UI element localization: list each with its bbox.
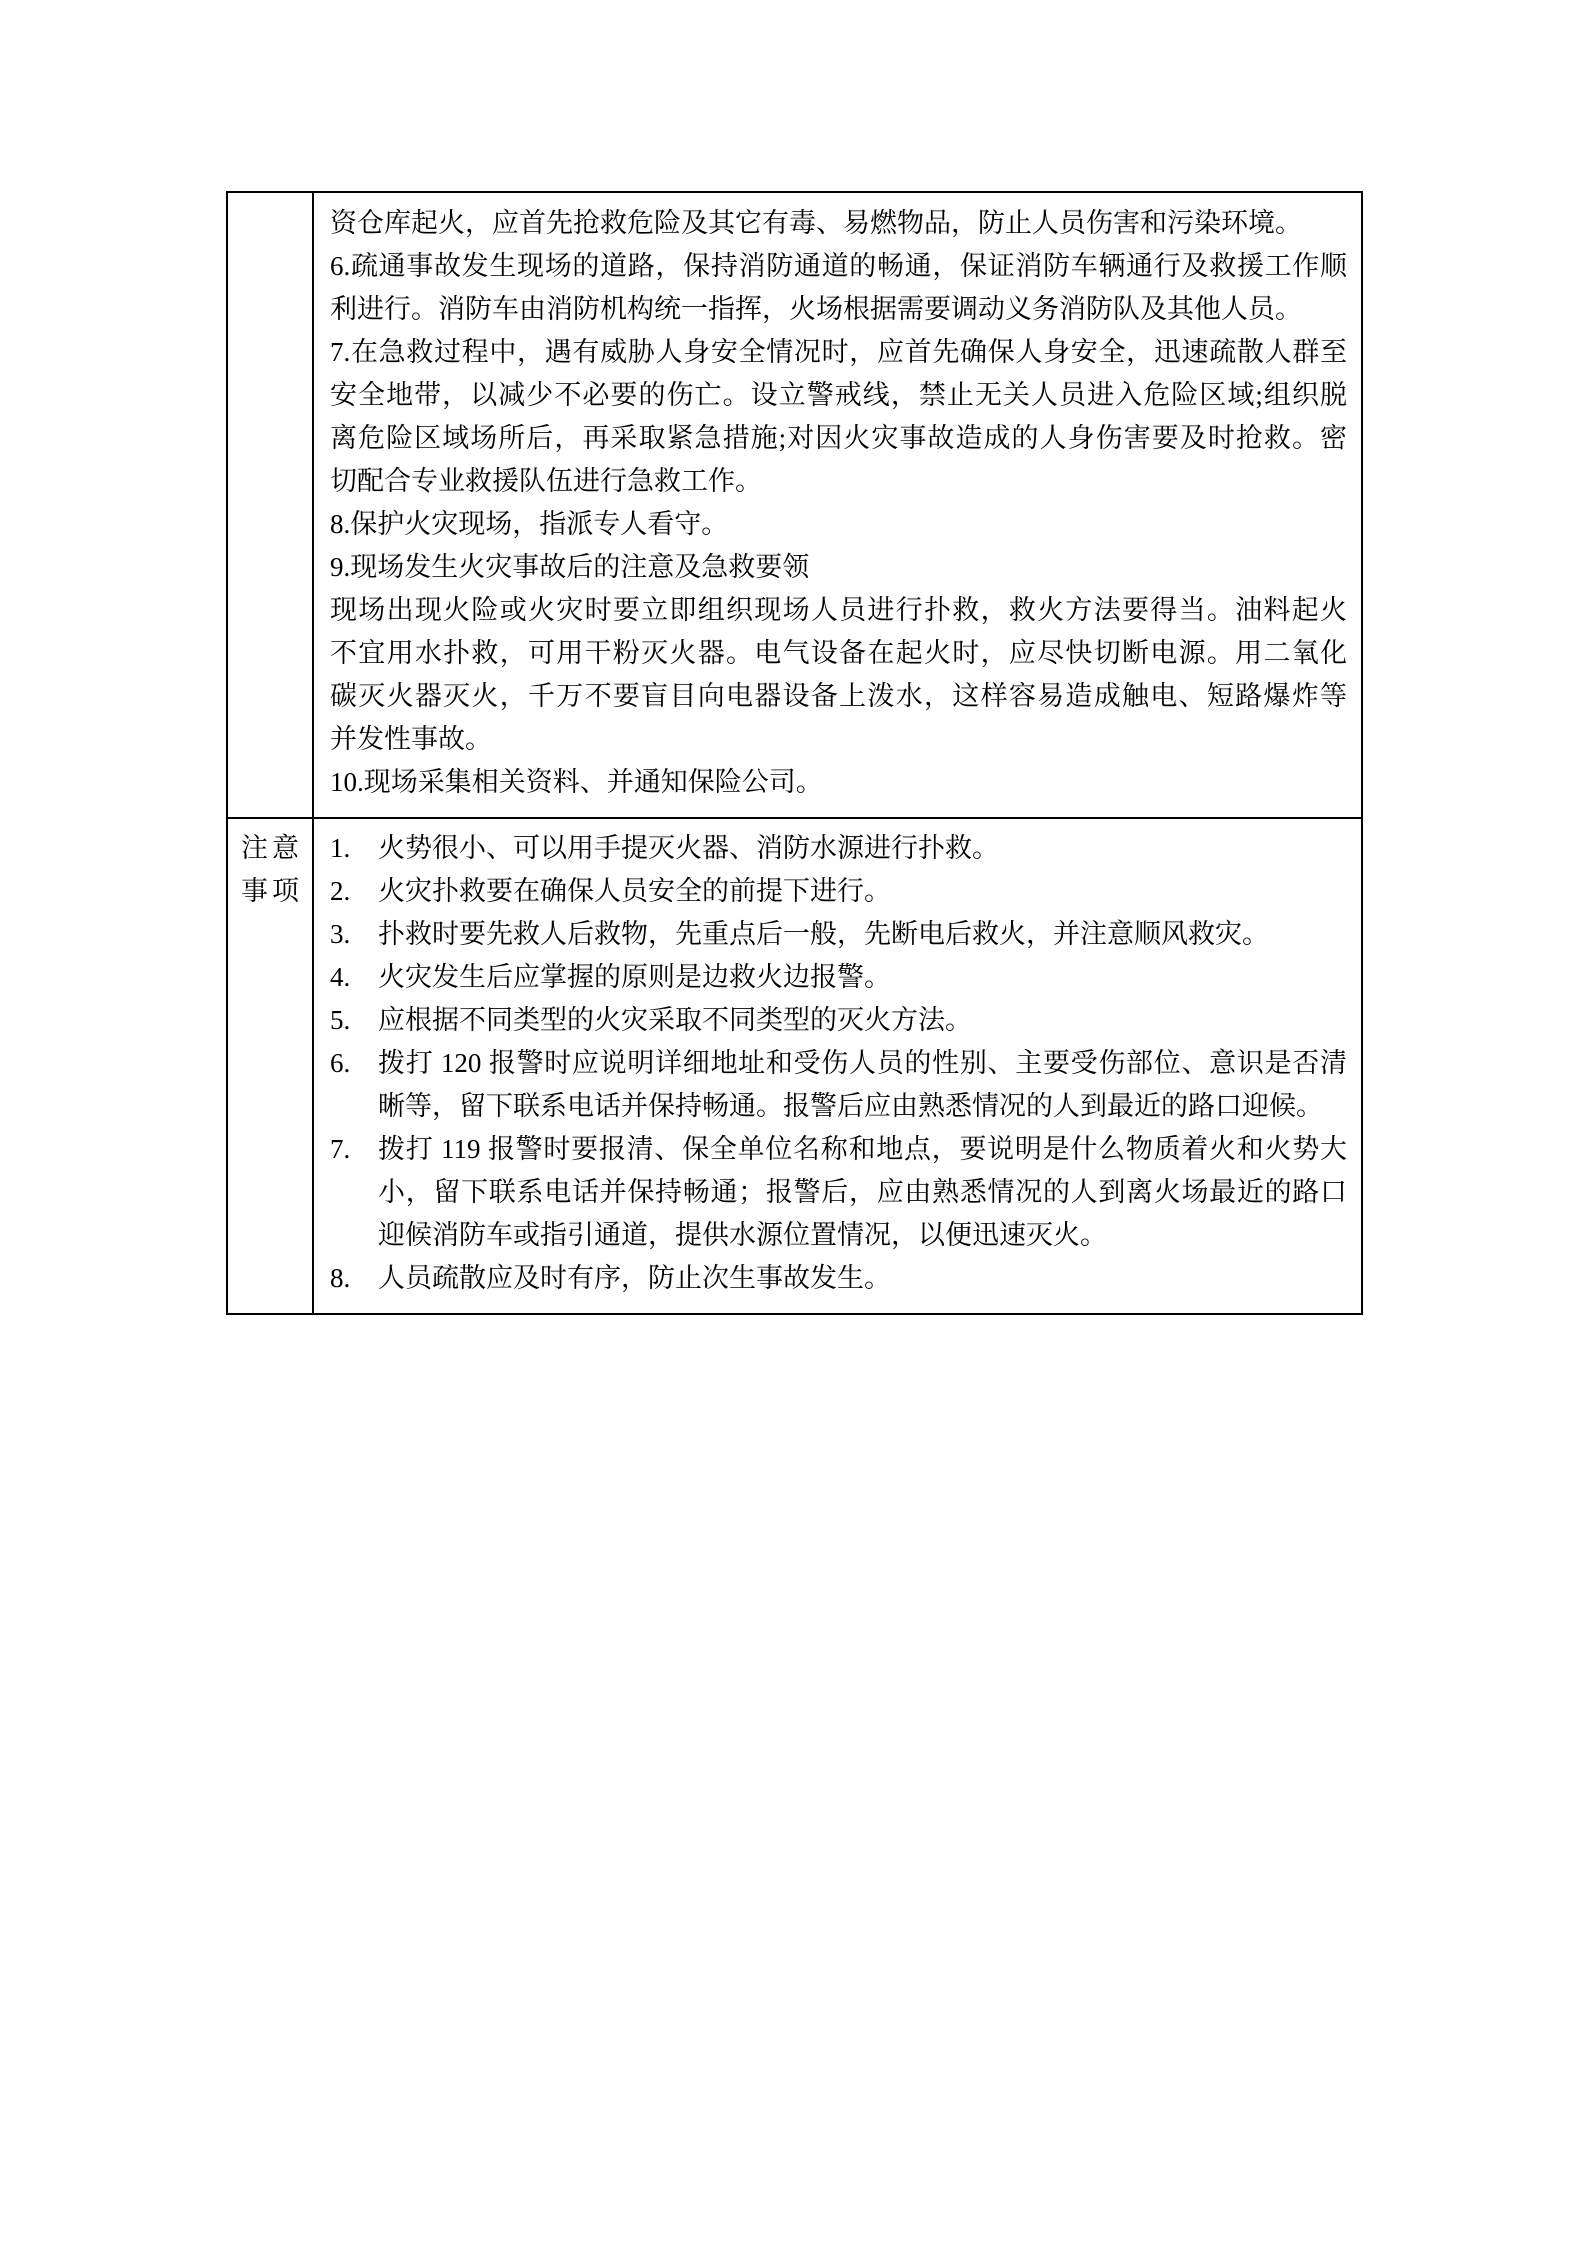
document-page: 资仓库起火，应首先抢救危险及其它有毒、易燃物品，防止人员伤害和污染环境。 6.疏… (0, 0, 1587, 2245)
list-item-text: 火势很小、可以用手提灭火器、消防水源进行扑救。 (378, 827, 1347, 870)
text-line: 现场出现火险或火灾时要立即组织现场人员进行扑救，救火方法要得当。油料起火 (330, 589, 1347, 632)
text-line: 不宜用水扑救，可用干粉灭火器。电气设备在起火时，应尽快切断电源。用二氧化 (330, 632, 1347, 675)
list-item: 5. 应根据不同类型的火灾采取不同类型的灭火方法。 (330, 999, 1347, 1042)
text-line: 10.现场采集相关资料、并通知保险公司。 (330, 761, 1347, 804)
list-item-text: 火灾扑救要在确保人员安全的前提下进行。 (378, 870, 1347, 913)
text-line: 8.保护火灾现场，指派专人看守。 (330, 503, 1347, 546)
table-row-continuation: 资仓库起火，应首先抢救危险及其它有毒、易燃物品，防止人员伤害和污染环境。 6.疏… (228, 193, 1361, 817)
list-item: 1. 火势很小、可以用手提灭火器、消防水源进行扑救。 (330, 827, 1347, 870)
list-item-text: 拨打 119 报警时要报清、保全单位名称和地点，要说明是什么物质着火和火势大小，… (378, 1128, 1347, 1257)
list-item-number: 4. (330, 956, 378, 999)
list-item-text: 人员疏散应及时有序，防止次生事故发生。 (378, 1257, 1347, 1300)
list-item-number: 8. (330, 1257, 378, 1300)
list-item-text: 拨打 120 报警时应说明详细地址和受伤人员的性别、主要受伤部位、意识是否清晰等… (378, 1042, 1347, 1128)
list-item-number: 2. (330, 870, 378, 913)
text-line: 7.在急救过程中，遇有威胁人身安全情况时，应首先确保人身安全，迅速疏散人群至 (330, 331, 1347, 374)
table-row-precautions: 注意 事项 1. 火势很小、可以用手提灭火器、消防水源进行扑救。 2. 火灾扑救… (228, 817, 1361, 1313)
list-item-number: 7. (330, 1128, 378, 1171)
list-item: 8. 人员疏散应及时有序，防止次生事故发生。 (330, 1257, 1347, 1300)
list-item-number: 3. (330, 913, 378, 956)
list-item-number: 5. (330, 999, 378, 1042)
list-item-text: 火灾发生后应掌握的原则是边救火边报警。 (378, 956, 1347, 999)
continuation-text-cell: 资仓库起火，应首先抢救危险及其它有毒、易燃物品，防止人员伤害和污染环境。 6.疏… (314, 193, 1361, 817)
text-line: 安全地带，以减少不必要的伤亡。设立警戒线，禁止无关人员进入危险区域;组织脱 (330, 374, 1347, 417)
text-line: 6.疏通事故发生现场的道路，保持消防通道的畅通，保证消防车辆通行及救援工作顺 (330, 245, 1347, 288)
fire-safety-table: 资仓库起火，应首先抢救危险及其它有毒、易燃物品，防止人员伤害和污染环境。 6.疏… (226, 191, 1363, 1315)
list-item-number: 6. (330, 1042, 378, 1085)
list-item: 7. 拨打 119 报警时要报清、保全单位名称和地点，要说明是什么物质着火和火势… (330, 1128, 1347, 1257)
text-line: 切配合专业救援队伍进行急救工作。 (330, 460, 1347, 503)
precautions-list: 1. 火势很小、可以用手提灭火器、消防水源进行扑救。 2. 火灾扑救要在确保人员… (314, 819, 1361, 1313)
text-line: 碳灭火器灭火，千万不要盲目向电器设备上泼水，这样容易造成触电、短路爆炸等 (330, 675, 1347, 718)
row-header-text: 事项 (241, 870, 299, 913)
list-item: 4. 火灾发生后应掌握的原则是边救火边报警。 (330, 956, 1347, 999)
text-line: 利进行。消防车由消防机构统一指挥，火场根据需要调动义务消防队及其他人员。 (330, 288, 1347, 331)
row-label-cell-empty (228, 193, 314, 817)
text-line: 并发性事故。 (330, 718, 1347, 761)
text-line: 离危险区域场所后，再采取紧急措施;对因火灾事故造成的人身伤害要及时抢救。密 (330, 417, 1347, 460)
list-item-text: 应根据不同类型的火灾采取不同类型的灭火方法。 (378, 999, 1347, 1042)
list-item: 2. 火灾扑救要在确保人员安全的前提下进行。 (330, 870, 1347, 913)
row-header-text: 注意 (241, 827, 299, 870)
text-line: 资仓库起火，应首先抢救危险及其它有毒、易燃物品，防止人员伤害和污染环境。 (330, 202, 1347, 245)
list-item-number: 1. (330, 827, 378, 870)
text-line: 9.现场发生火灾事故后的注意及急救要领 (330, 546, 1347, 589)
list-item: 6. 拨打 120 报警时应说明详细地址和受伤人员的性别、主要受伤部位、意识是否… (330, 1042, 1347, 1128)
list-item: 3. 扑救时要先救人后救物，先重点后一般，先断电后救火，并注意顺风救灾。 (330, 913, 1347, 956)
precautions-row-header: 注意 事项 (228, 819, 314, 1313)
list-item-text: 扑救时要先救人后救物，先重点后一般，先断电后救火，并注意顺风救灾。 (378, 913, 1347, 956)
